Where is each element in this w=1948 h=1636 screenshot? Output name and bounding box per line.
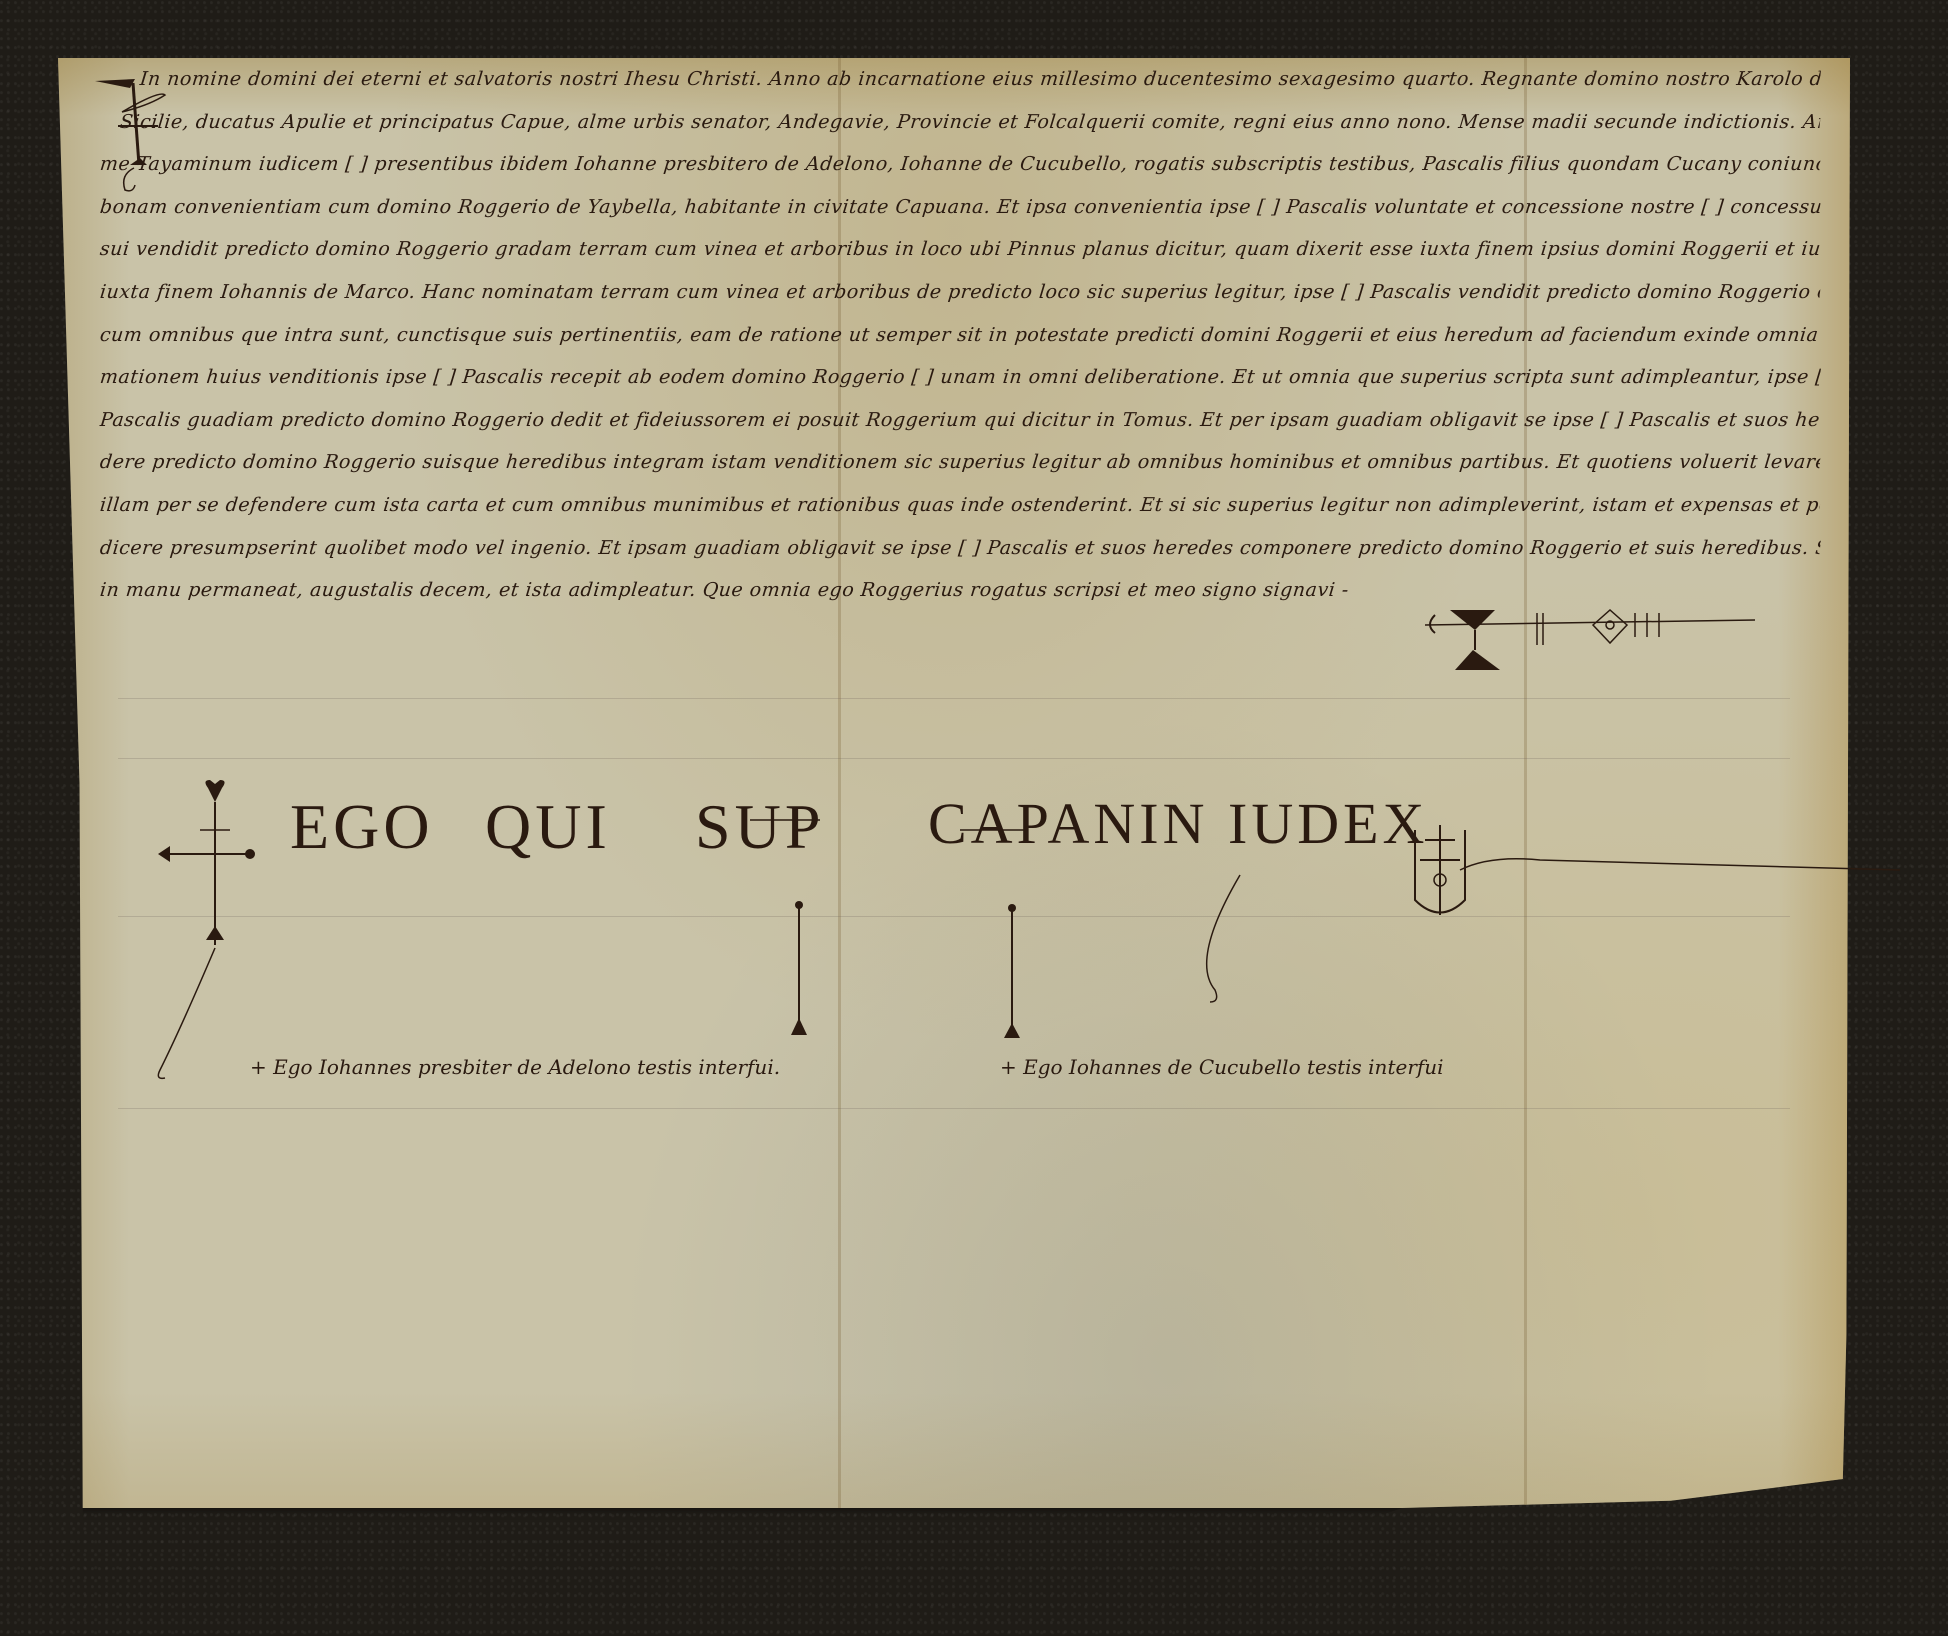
text-line: dere predicto domino Roggerio suisque he… xyxy=(98,441,1822,484)
subscription-word-sup: SUP xyxy=(695,790,824,900)
witness-subscription: + Ego Iohannes presbiter de Adelono test… xyxy=(250,1055,780,1079)
subscription-word-iudex: IUDEX xyxy=(1228,790,1428,900)
text-line: In nomine domini dei eterni et salvatori… xyxy=(98,58,1822,101)
witness-subscription: + Ego Iohannes de Cucubello testis inter… xyxy=(1000,1055,1444,1079)
text-line: bonam convenientiam cum domino Roggerio … xyxy=(98,186,1822,229)
text-line: mationem huius venditionis ipse [ ] Pasc… xyxy=(98,356,1822,399)
subscription-word-ego: EGO xyxy=(290,790,434,900)
judge-monogram-icon xyxy=(1405,820,1485,930)
subscription-word-capanin: CAPANIN xyxy=(928,790,1208,900)
text-line: sui vendidit predicto domino Roggerio gr… xyxy=(98,228,1822,271)
text-line: dicere presumpserint quolibet modo vel i… xyxy=(98,527,1822,570)
text-line: Sicilie, ducatus Apulie et principatus C… xyxy=(98,101,1822,144)
subscription-word-qui: QUI xyxy=(485,790,611,900)
text-line: illam per se defendere cum ista carta et… xyxy=(98,484,1822,527)
text-line: in manu permaneat, augustalis decem, et … xyxy=(98,569,1392,612)
text-line: iuxta finem Iohannis de Marco. Hanc nomi… xyxy=(98,271,1822,314)
notary-signum-icon xyxy=(1425,605,1755,675)
text-line: cum omnibus que intra sunt, cunctisque s… xyxy=(98,314,1822,357)
text-line: me Tayaminum iudicem [ ] presentibus ibi… xyxy=(98,143,1822,186)
charter-text-block: In nomine domini dei eterni et salvatori… xyxy=(100,58,1820,612)
text-line: Pascalis guadiam predicto domino Roggeri… xyxy=(98,399,1822,442)
